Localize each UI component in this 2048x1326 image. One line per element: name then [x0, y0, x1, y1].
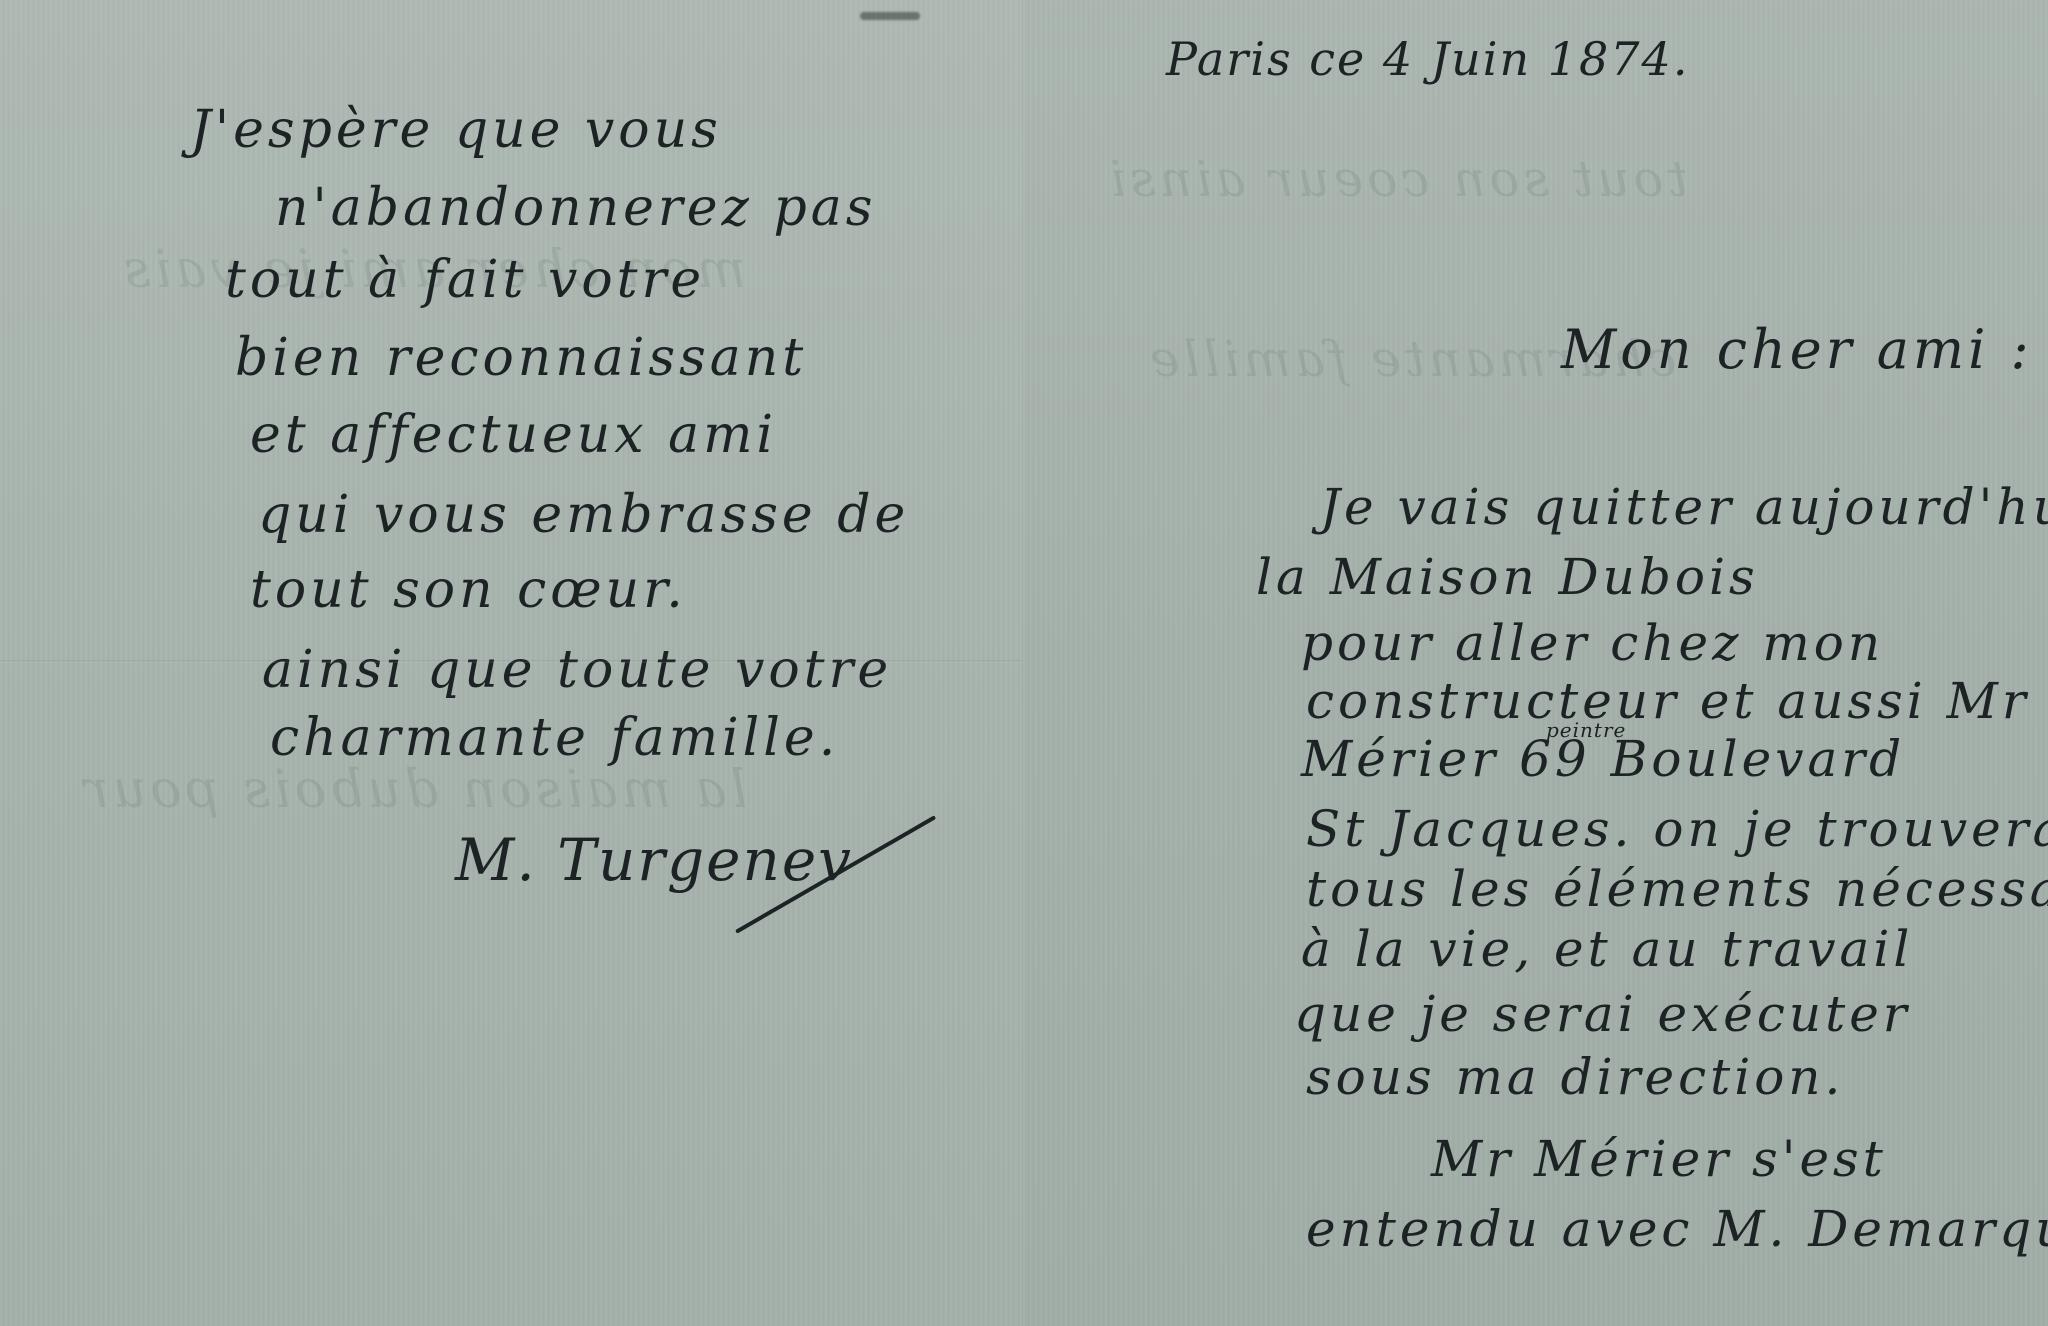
- letter-line: pour aller chez mon: [1301, 614, 1884, 672]
- letter-line: que je serai exécuter: [1294, 985, 1911, 1043]
- salutation: Mon cher ami :: [1561, 318, 2033, 381]
- letter-line: Mr Mérier s'est: [1431, 1130, 1887, 1188]
- dateline: Paris ce 4 Juin 1874.: [1166, 32, 1689, 86]
- letter-line: St Jacques. on je trouverai: [1306, 800, 2048, 858]
- letter-line: et affectueux ami: [250, 405, 777, 465]
- letter-line: entendu avec M. Demarquay: [1306, 1200, 2048, 1258]
- letter-line: constructeur et aussi Mr: [1306, 672, 2030, 730]
- letter-line: la Maison Dubois: [1256, 548, 1759, 606]
- letter-line: tout son cœur.: [250, 560, 687, 620]
- left-page: mon cher ami je vais la maison dubois po…: [0, 0, 1022, 1326]
- paper-fold: [0, 660, 1022, 663]
- bleed-through-text: tout son coeur ainsi: [1106, 150, 1688, 208]
- letter-line: charmante famille.: [270, 708, 839, 768]
- letter-line: J'espère que vous: [190, 100, 722, 160]
- signature: M. Turgenev: [455, 826, 853, 894]
- letter-line: Mérier 69 Boulevard: [1301, 730, 1905, 788]
- letter-line: sous ma direction.: [1306, 1048, 1844, 1106]
- bleed-through-text: la maison dubois pour: [80, 760, 747, 820]
- letter-line: Je vais quitter aujourd'hui: [1320, 478, 2048, 536]
- letter-line: bien reconnaissant: [235, 328, 807, 388]
- letter-sheet: mon cher ami je vais la maison dubois po…: [0, 0, 2048, 1326]
- letter-line: tous les éléments nécessaires: [1306, 860, 2048, 918]
- letter-line: à la vie, et au travail: [1301, 920, 1913, 978]
- letter-line: n'abandonnerez pas: [275, 178, 876, 238]
- letter-line: qui vous embrasse de: [258, 485, 909, 545]
- letter-line: tout à fait votre: [225, 250, 705, 310]
- right-page: tout son coeur ainsi charmante famille P…: [1026, 0, 2048, 1326]
- letter-line: ainsi que toute votre: [262, 640, 892, 700]
